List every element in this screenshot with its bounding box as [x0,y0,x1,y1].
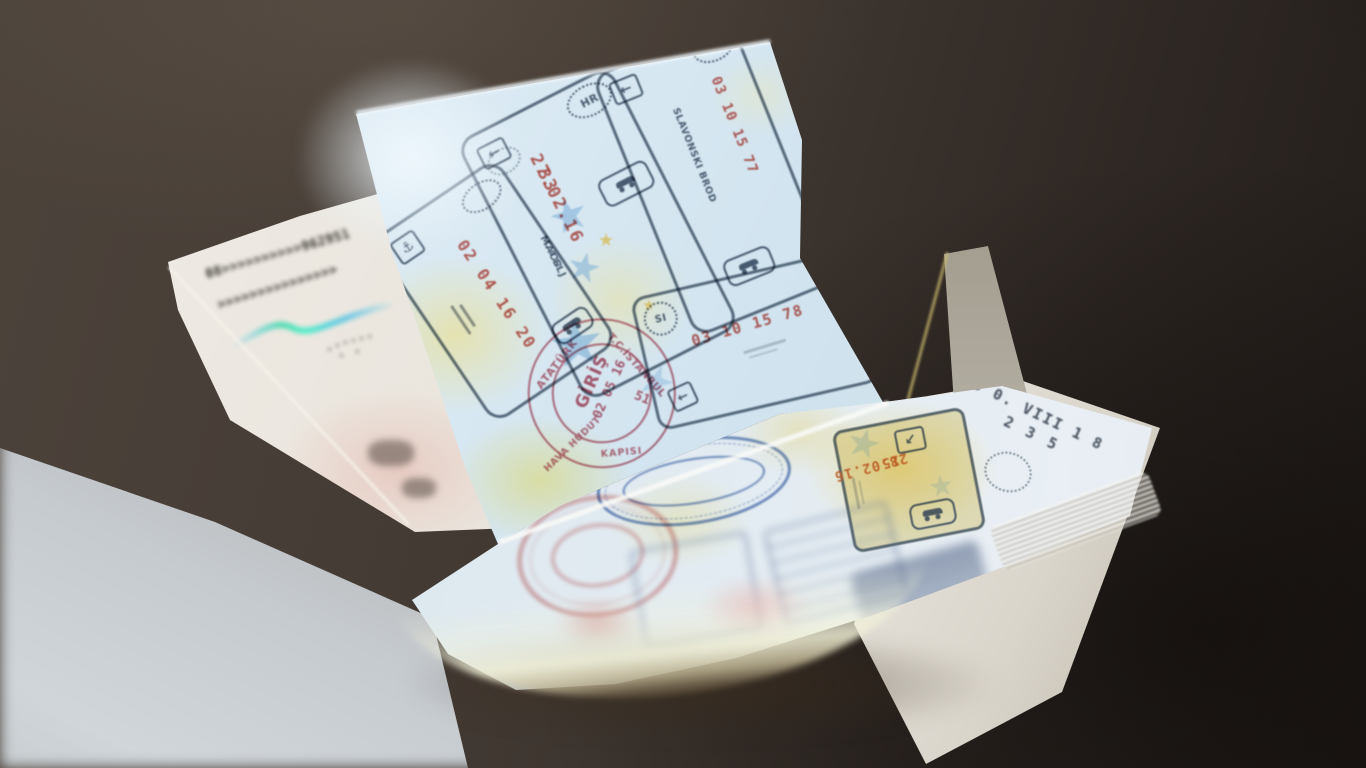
passport-photo-scene: 08>>>>>>>>>>962951 >>>>>>>>>>>>>>> [0,0,1366,768]
stamp-date: 03 10 15 77 [708,74,762,176]
blurred-print-mark [368,440,414,466]
dotted-oval-country [979,446,1036,498]
small-text-line [880,384,902,390]
entry-arrow-icon: ← [608,73,645,106]
small-text-line [858,480,865,504]
stamp-date-inverted: 28.02.16 15 [854,450,964,480]
stamp-date: 03 10 15 78 [689,301,805,350]
blurred-print-mark [402,478,436,498]
exit-number: 15 [879,451,901,471]
page-corner-glow [296,58,526,258]
stamp-location: SLAVONSKI BROD [670,106,718,204]
date-value: 27.02.16 [525,151,587,247]
perforation-dots [326,334,378,360]
hologram-wave [225,290,410,360]
